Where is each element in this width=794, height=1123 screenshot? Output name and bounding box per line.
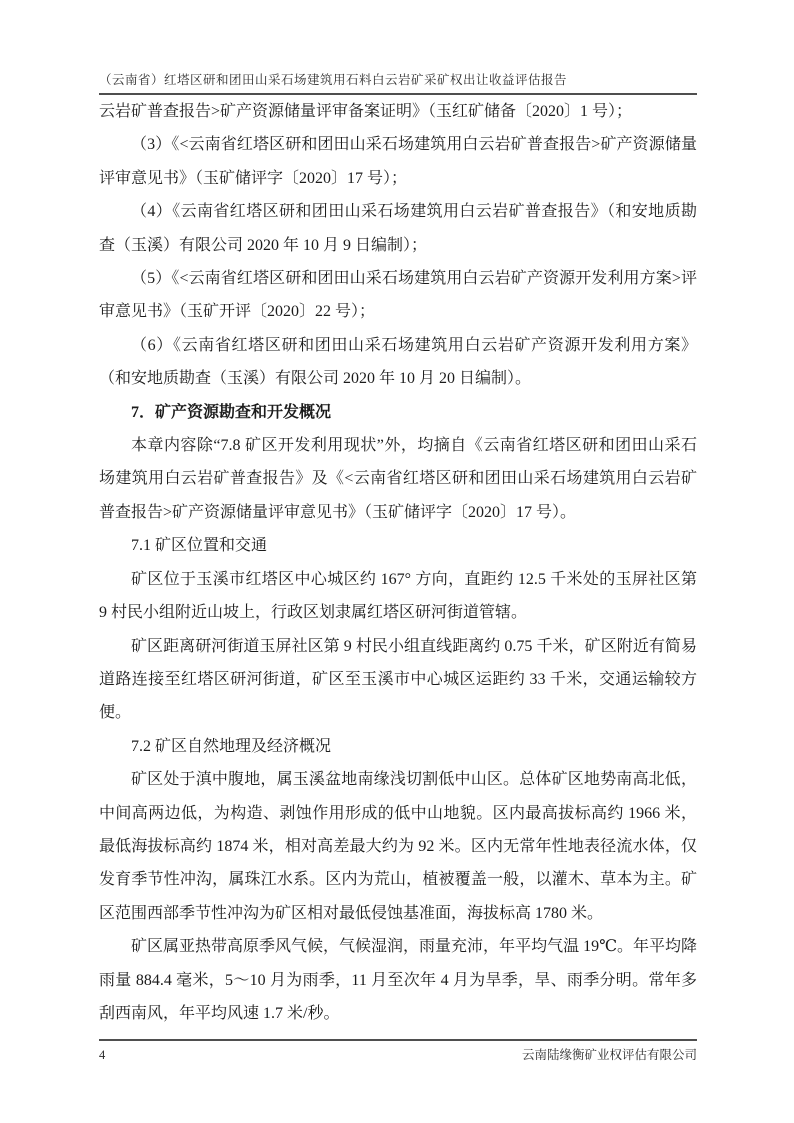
- paragraph-continuation: 云岩矿普查报告>矿产资源储量评审备案证明》（玉红矿储备〔2020〕1 号）；: [99, 95, 697, 128]
- paragraph: （5）《<云南省红塔区研和团田山采石场建筑用白云岩矿产资源开发利用方案>评审意见…: [99, 262, 697, 329]
- document-body: 云岩矿普查报告>矿产资源储量评审备案证明》（玉红矿储备〔2020〕1 号）；（3…: [99, 95, 697, 1030]
- header-title: （云南省）红塔区研和团田山采石场建筑用石料白云岩矿采矿权出让收益评估报告: [99, 73, 567, 87]
- page-header: （云南省）红塔区研和团田山采石场建筑用石料白云岩矿采矿权出让收益评估报告: [99, 70, 697, 95]
- section-subheading: 7.1 矿区位置和交通: [99, 529, 697, 562]
- section-subheading: 7.2 矿区自然地理及经济概况: [99, 730, 697, 763]
- paragraph: 本章内容除“7.8 矿区开发利用现状”外，均摘自《云南省红塔区研和团田山采石场建…: [99, 429, 697, 529]
- section-heading: 7．矿产资源勘查和开发概况: [99, 396, 697, 429]
- paragraph: 矿区位于玉溪市红塔区中心城区约 167° 方向，直距约 12.5 千米处的玉屏社…: [99, 563, 697, 630]
- paragraph: （3）《<云南省红塔区研和团田山采石场建筑用白云岩矿普查报告>矿产资源储量评审意…: [99, 128, 697, 195]
- paragraph: 矿区处于滇中腹地，属玉溪盆地南缘浅切割低中山区。总体矿区地势南高北低，中间高两边…: [99, 763, 697, 930]
- document-page: （云南省）红塔区研和团田山采石场建筑用石料白云岩矿采矿权出让收益评估报告 云岩矿…: [0, 0, 794, 1123]
- paragraph: 矿区属亚热带高原季风气候，气候湿润，雨量充沛，年平均气温 19℃。年平均降雨量 …: [99, 930, 697, 1030]
- paragraph: （6）《云南省红塔区研和团田山采石场建筑用白云岩矿产资源开发利用方案》（和安地质…: [99, 329, 697, 396]
- paragraph: （4）《云南省红塔区研和团田山采石场建筑用白云岩矿普查报告》（和安地质勘查（玉溪…: [99, 195, 697, 262]
- paragraph: 矿区距离研河街道玉屏社区第 9 村民小组直线距离约 0.75 千米，矿区附近有简…: [99, 630, 697, 730]
- footer-company: 云南陆缘衡矿业权评估有限公司: [522, 1045, 697, 1063]
- page-number: 4: [99, 1048, 105, 1063]
- page-footer: 4 云南陆缘衡矿业权评估有限公司: [99, 1039, 697, 1063]
